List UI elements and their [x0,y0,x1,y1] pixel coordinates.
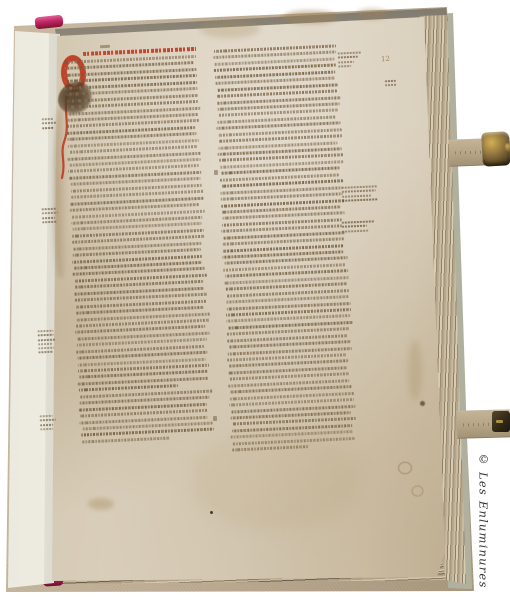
margin-note-line [385,80,396,82]
margin-note-line [38,338,56,341]
margin-note-line [42,216,55,219]
margin-note-line [38,351,53,354]
clasp-fitting-lower [492,411,510,432]
margin-note [40,415,58,433]
margin-note-line [42,221,57,224]
margin-note-line [42,208,57,211]
folio-number: 12 [381,55,390,63]
margin-note-line [38,343,52,346]
margin-note-line [338,65,351,68]
photo-credit: © Les Enluminures [477,452,490,589]
margin-note [42,118,59,132]
clasp-fitting-upper [481,131,510,166]
margin-note [385,80,398,89]
margin-note-line [40,415,53,418]
margin-note-line [37,330,53,333]
margin-note-line [42,118,54,121]
margin-note-line [342,185,378,189]
margin-note-line [342,194,371,197]
margin-note-line [40,423,53,426]
marginalia-layer [0,0,510,600]
margin-note-line [40,428,53,431]
margin-note [342,220,377,234]
margin-note-line [38,347,54,350]
margin-note [37,330,56,357]
margin-note [42,208,59,226]
margin-note-line [342,190,376,193]
margin-note [342,185,381,204]
margin-note-line [42,212,58,215]
margin-note [338,51,363,69]
manuscript-photo: Q 12 © Les Enluminures [0,0,510,600]
margin-note-line [42,126,54,129]
margin-note-line [338,60,354,63]
margin-note-line [40,419,56,422]
margin-note-line [385,84,397,87]
margin-note-line [342,198,378,202]
margin-note-line [338,51,362,54]
margin-note-line [338,56,358,59]
margin-note-line [342,225,367,228]
margin-note-line [342,229,368,232]
margin-note-line [42,122,57,125]
margin-note-line [342,220,375,223]
margin-note-line [38,334,54,337]
